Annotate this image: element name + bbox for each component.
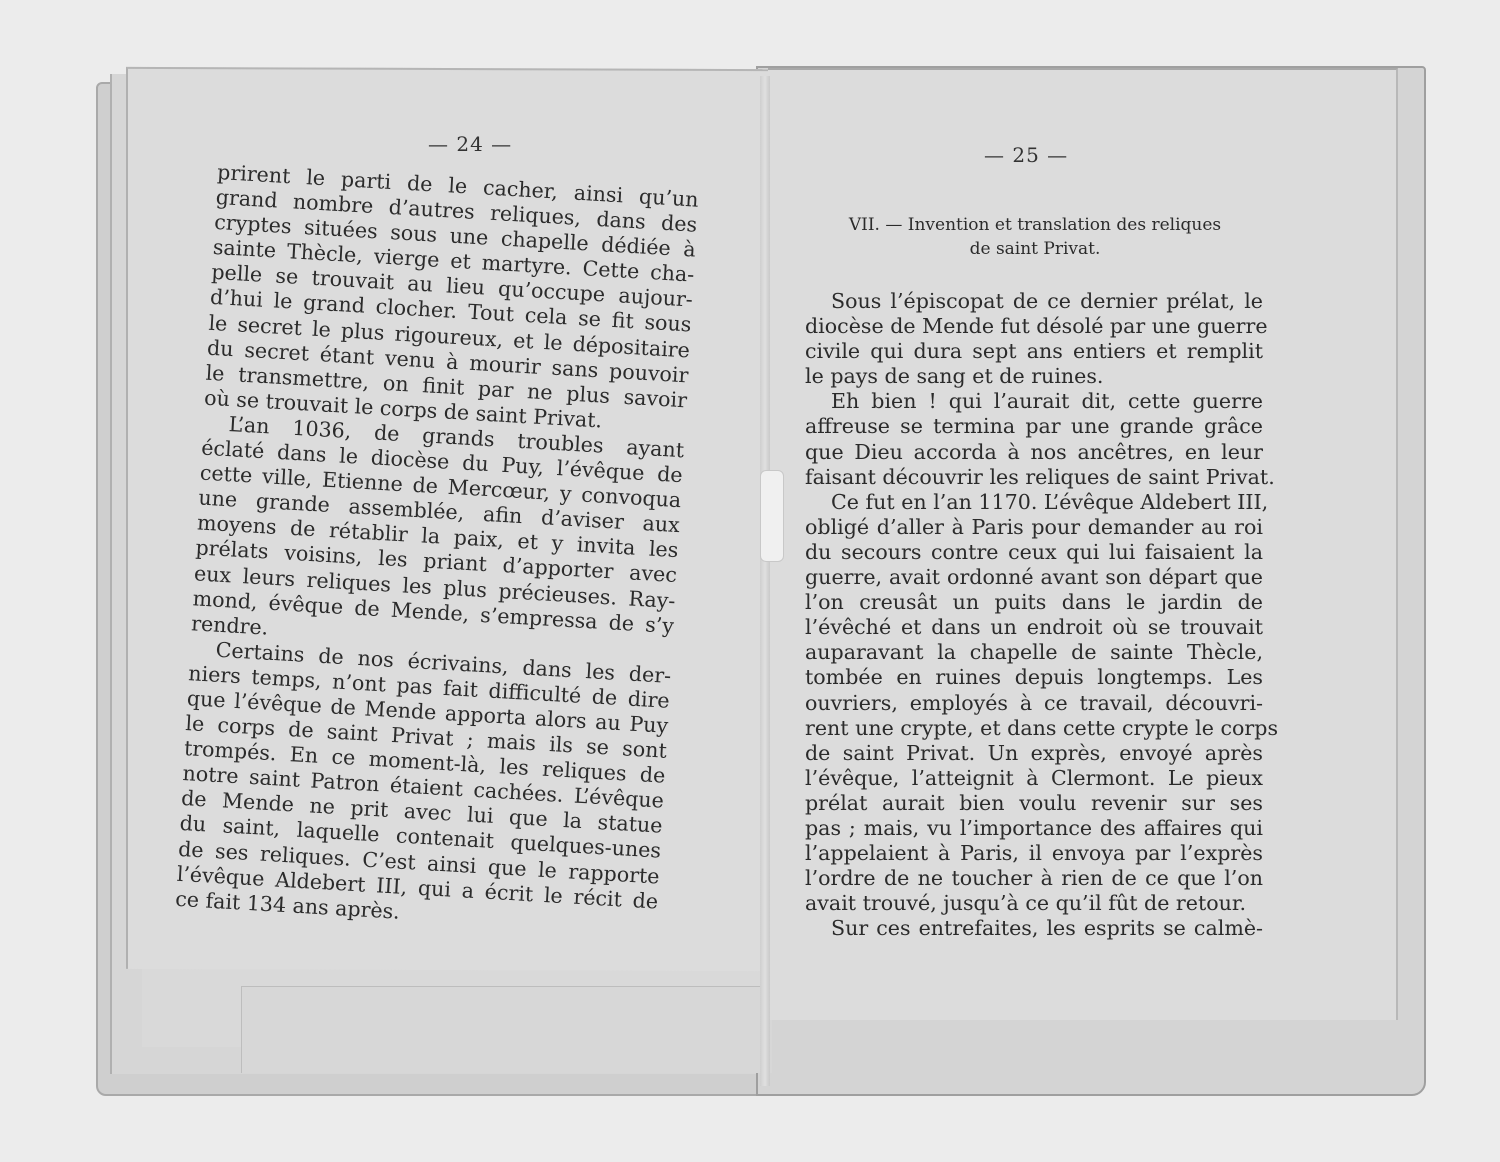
text-line: faisant découvrir les reliques de saint … xyxy=(805,465,1263,490)
text-line: diocèse de Mende fut désolé par une guer… xyxy=(805,314,1263,339)
text-line: civile qui dura sept ans entiers et remp… xyxy=(805,339,1263,364)
text-line: Sous l’épiscopat de ce dernier prélat, l… xyxy=(805,289,1263,314)
torn-page-edge xyxy=(241,986,772,1073)
text-line: de saint Privat. Un exprès, envoyé après xyxy=(805,741,1263,766)
text-line: avait trouvé, jusqu’à ce qu’il fût de re… xyxy=(805,891,1263,916)
text-line: pas ; mais, vu l’importance des affaires… xyxy=(805,816,1263,841)
chapter-heading-line-2: de saint Privat. xyxy=(818,237,1252,261)
page-number-left: — 24 — xyxy=(428,132,512,156)
text-line: Sur ces entrefaites, les esprits se calm… xyxy=(805,916,1263,941)
left-page-text: prirent le parti de le cacher, ainsi qu’… xyxy=(175,160,700,939)
chapter-heading-line-1: VII. — Invention et translation des reli… xyxy=(818,213,1252,237)
text-line: l’ordre de ne toucher à rien de ce que l… xyxy=(805,866,1263,891)
text-line: l’évêché et dans un endroit où se trouva… xyxy=(805,615,1263,640)
text-line: l’évêque, l’atteignit à Clermont. Le pie… xyxy=(805,766,1263,791)
text-line: l’on creusât un puits dans le jardin de xyxy=(805,590,1263,615)
text-line: guerre, avait ordonné avant son départ q… xyxy=(805,565,1263,590)
text-line: obligé d’aller à Paris pour demander au … xyxy=(805,515,1263,540)
right-page-text: Sous l’épiscopat de ce dernier prélat, l… xyxy=(805,289,1263,941)
text-line: le pays de sang et de ruines. xyxy=(805,364,1263,389)
text-line: l’appelaient à Paris, il envoya par l’ex… xyxy=(805,841,1263,866)
text-line: rent une crypte, et dans cette crypte le… xyxy=(805,716,1263,741)
text-line: Ce fut en l’an 1170. L’évêque Aldebert I… xyxy=(805,490,1263,515)
text-line: tombée en ruines depuis longtemps. Les xyxy=(805,665,1263,690)
text-line: prélat aurait bien voulu revenir sur ses xyxy=(805,791,1263,816)
text-line: auparavant la chapelle de sainte Thècle, xyxy=(805,640,1263,665)
page-number-right: — 25 — xyxy=(984,143,1068,167)
text-line: que Dieu accorda à nos ancêtres, en leur xyxy=(805,440,1263,465)
text-line: du secours contre ceux qui lui faisaient… xyxy=(805,540,1263,565)
binding-thread xyxy=(760,470,784,562)
text-line: affreuse se termina par une grande grâce xyxy=(805,414,1263,439)
book-gutter xyxy=(760,76,770,1086)
text-line: ouvriers, employés à ce travail, découvr… xyxy=(805,691,1263,716)
chapter-heading: VII. — Invention et translation des reli… xyxy=(818,213,1252,261)
text-line: Eh bien ! qui l’aurait dit, cette guerre xyxy=(805,389,1263,414)
